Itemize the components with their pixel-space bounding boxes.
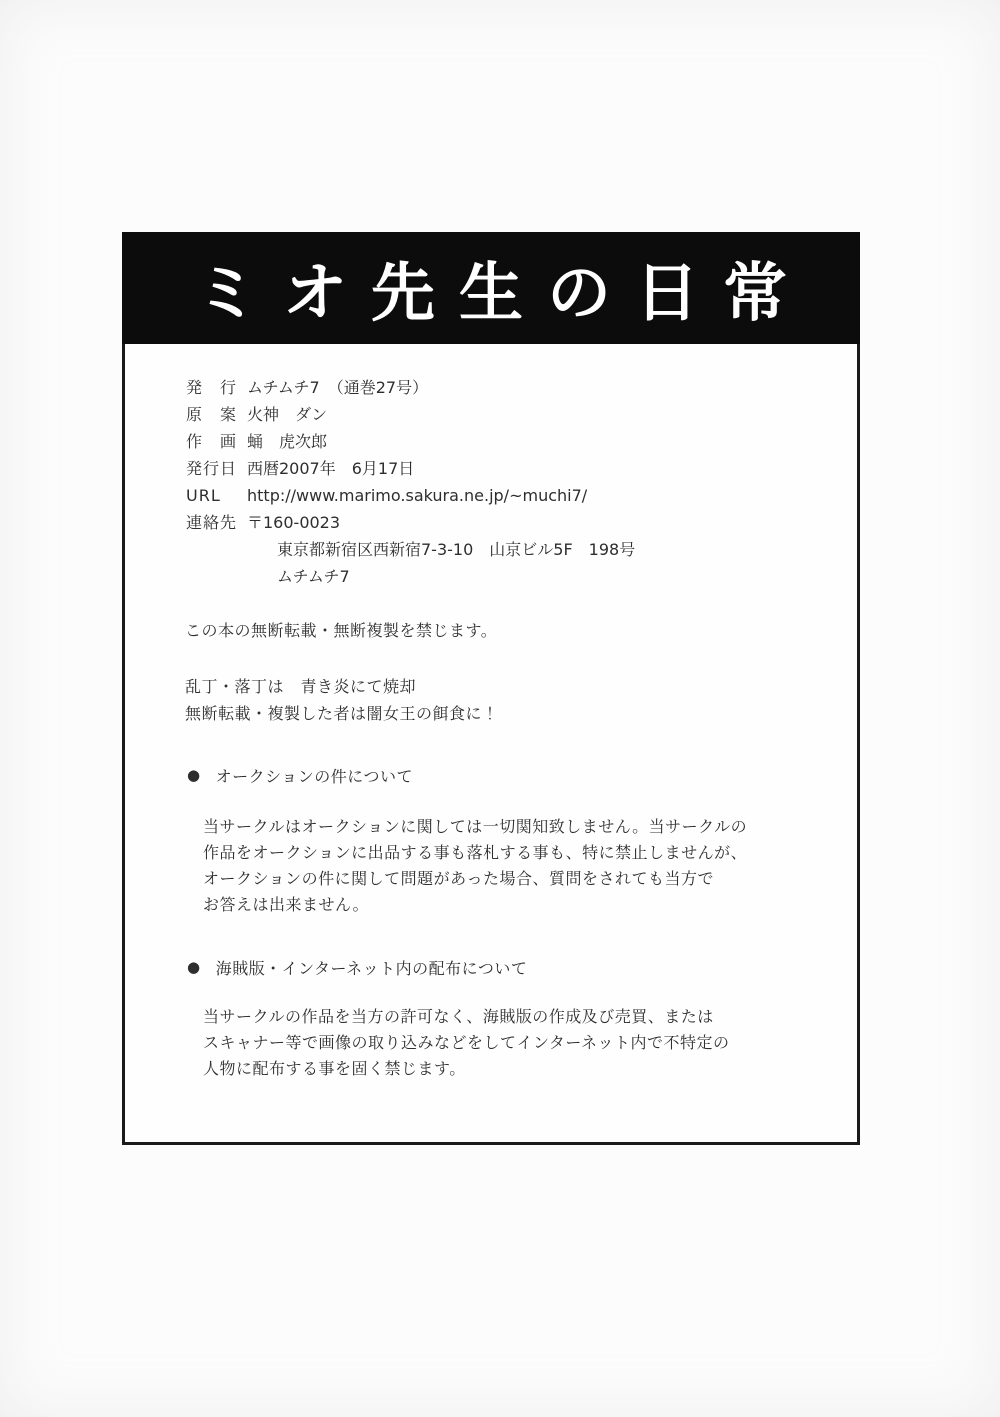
defect-notice-line1: 乱丁・落丁は 青き炎にて焼却 (185, 673, 499, 700)
piracy-section-paragraph: 当サークルの作品を当方の許可なく、海賊版の作成及び売買、または スキャナー等で画… (203, 1004, 730, 1082)
postal-code: 〒160-0023 (247, 509, 340, 536)
piracy-heading-text: 海賊版・インターネット内の配布について (216, 956, 528, 979)
info-row-publish-date: 発行日 西暦2007年 6月17日 (186, 455, 635, 482)
circle-name: ムチムチ7 (247, 563, 350, 590)
copyright-notice: この本の無断転載・無断複製を禁じます。 (185, 617, 497, 644)
defect-notice-line2: 無断転載・複製した者は闇女王の餌食に！ (185, 700, 499, 727)
info-label: 発行日 (186, 455, 247, 482)
info-row-original-concept: 原 案 火神 ダン (186, 401, 635, 428)
info-label (186, 536, 247, 563)
info-label: 原 案 (186, 401, 247, 428)
bullet-icon: ● (187, 960, 201, 975)
street-address: 東京都新宿区西新宿7-3-10 山京ビル5F 198号 (247, 536, 635, 563)
info-label (186, 563, 247, 590)
piracy-para-line1: 当サークルの作品を当方の許可なく、海賊版の作成及び売買、または (203, 1004, 730, 1030)
colophon-box: ミオ先生の日常 発 行 ムチムチ7 （通巻27号） 原 案 火神 ダン 作 画 … (122, 232, 860, 1145)
piracy-para-line3: 人物に配布する事を固く禁じます。 (203, 1056, 730, 1082)
auction-para-line1: 当サークルはオークションに関しては一切関知致しません。当サークルの (203, 814, 747, 840)
defect-notice: 乱丁・落丁は 青き炎にて焼却 無断転載・複製した者は闇女王の餌食に！ (185, 673, 499, 727)
info-value: 火神 ダン (247, 401, 327, 428)
info-row-artist: 作 画 蛹 虎次郎 (186, 428, 635, 455)
info-value: ムチムチ7 （通巻27号） (247, 374, 428, 401)
auction-section-paragraph: 当サークルはオークションに関しては一切関知致しません。当サークルの 作品をオーク… (203, 814, 747, 918)
bullet-icon: ● (187, 768, 201, 783)
info-row-publisher: 発 行 ムチムチ7 （通巻27号） (186, 374, 635, 401)
piracy-section-heading: ● 海賊版・インターネット内の配布について (187, 956, 527, 979)
info-row-circle-name: ムチムチ7 (186, 563, 635, 590)
info-value: 蛹 虎次郎 (247, 428, 327, 455)
info-label: 作 画 (186, 428, 247, 455)
auction-section-heading: ● オークションの件について (187, 764, 413, 787)
auction-para-line3: オークションの件に関して問題があった場合、質問をされても当方で (203, 866, 747, 892)
info-label: 連絡先 (186, 509, 247, 536)
piracy-para-line2: スキャナー等で画像の取り込みなどをしてインターネット内で不特定の (203, 1030, 730, 1056)
info-row-address: 東京都新宿区西新宿7-3-10 山京ビル5F 198号 (186, 536, 635, 563)
info-label: URL (186, 482, 247, 509)
website-url: http://www.marimo.sakura.ne.jp/~muchi7/ (247, 482, 587, 509)
auction-para-line2: 作品をオークションに出品する事も落札する事も、特に禁止しませんが、 (203, 840, 747, 866)
auction-para-line4: お答えは出来ません。 (203, 892, 747, 918)
title-banner: ミオ先生の日常 (122, 232, 860, 344)
auction-heading-text: オークションの件について (216, 764, 413, 787)
publication-info: 発 行 ムチムチ7 （通巻27号） 原 案 火神 ダン 作 画 蛹 虎次郎 発行… (186, 374, 635, 590)
info-row-contact: 連絡先 〒160-0023 (186, 509, 635, 536)
info-value: 西暦2007年 6月17日 (247, 455, 414, 482)
page-title: ミオ先生の日常 (171, 242, 811, 334)
info-label: 発 行 (186, 374, 247, 401)
scanned-page: ミオ先生の日常 発 行 ムチムチ7 （通巻27号） 原 案 火神 ダン 作 画 … (0, 0, 1000, 1417)
info-row-url: URL http://www.marimo.sakura.ne.jp/~much… (186, 482, 635, 509)
